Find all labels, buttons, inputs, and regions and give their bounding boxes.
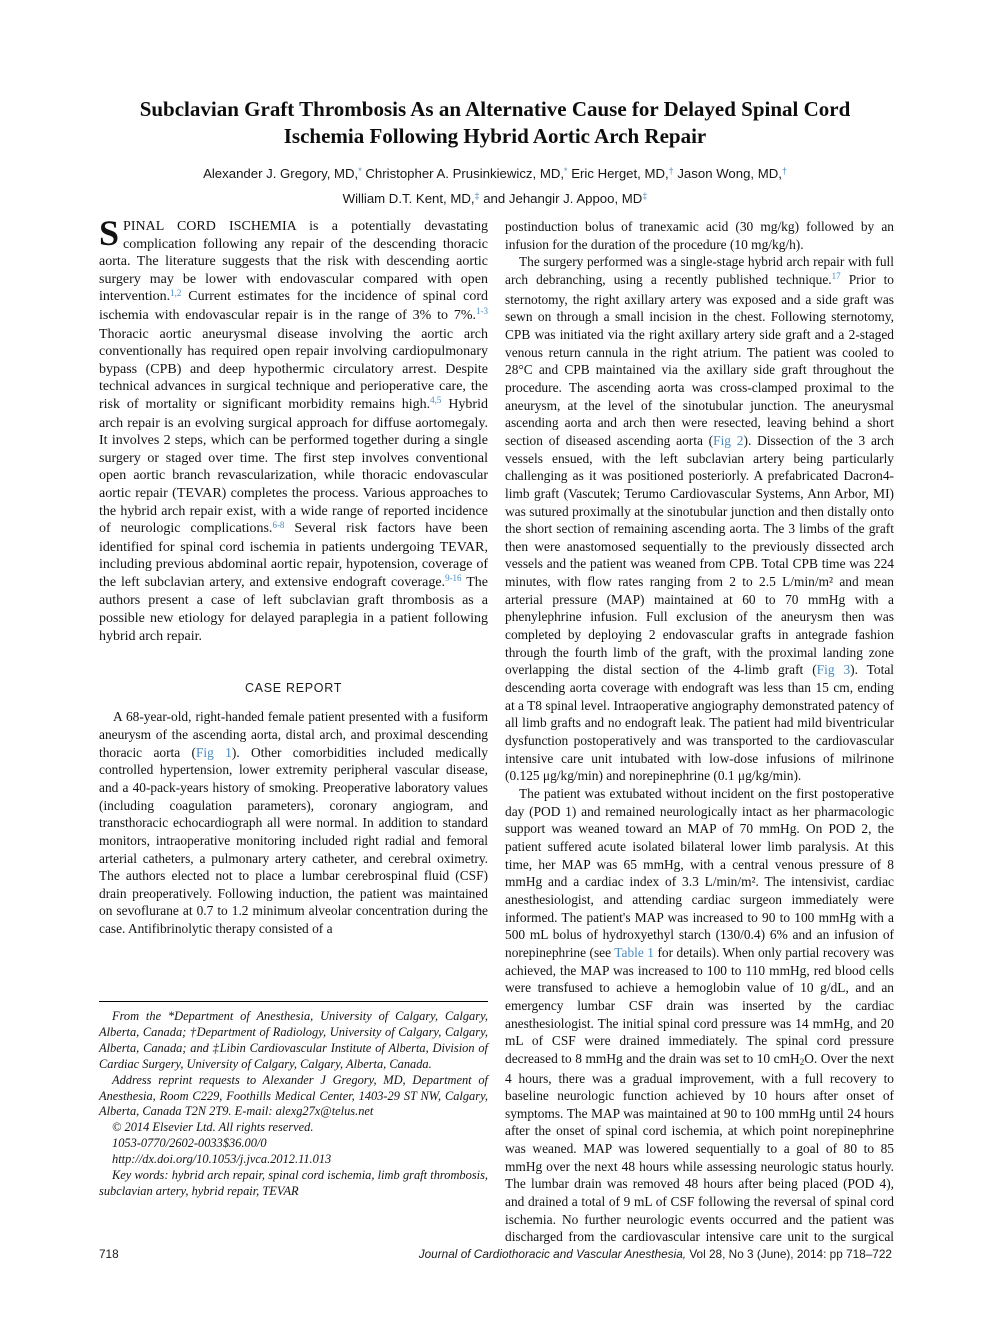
text-run: Alexander J. Gregory, MD, — [203, 166, 358, 181]
case-report-paragraph: A 68-year-old, right-handed female patie… — [99, 708, 488, 938]
text-run: Jason Wong, MD, — [674, 166, 782, 181]
article-header: Subclavian Graft Thrombosis As an Altern… — [95, 96, 895, 212]
text-run: for details). When only partial recovery… — [505, 945, 894, 1066]
drop-cap: S — [99, 218, 123, 248]
text-run: Vol 28, No 3 (June), 2014: pp 718–722 — [686, 1247, 892, 1261]
intro-text: PINAL CORD ISCHEMIA is a potentially dev… — [99, 219, 488, 644]
text-run: Journal of Cardiothoracic and Vascular A… — [419, 1247, 686, 1261]
footnote-reprint-address: Address reprint requests to Alexander J … — [99, 1073, 488, 1121]
cross-reference-link[interactable]: Fig 2 — [713, 433, 743, 448]
text-run: William D.T. Kent, MD, — [343, 191, 475, 206]
text-run: 2 — [800, 1057, 805, 1067]
case-paragraph-continued: postinduction bolus of tranexamic acid (… — [505, 218, 894, 253]
text-run: ). Other comorbidities included medicall… — [99, 745, 488, 937]
citation-superscript-link[interactable]: † — [782, 166, 787, 176]
text-run: The patient was extubated without incide… — [505, 786, 894, 960]
intro-paragraph: SPINAL CORD ISCHEMIA is a potentially de… — [99, 218, 488, 645]
footnote-keywords: Key words: hybrid arch repair, spinal co… — [99, 1168, 488, 1200]
footnote-affiliations: From the *Department of Anesthesia, Univ… — [99, 1009, 488, 1073]
cross-reference-link[interactable]: Fig 3 — [817, 662, 851, 677]
citation-superscript-link[interactable]: * — [564, 166, 568, 176]
text-run: postinduction bolus of tranexamic acid (… — [505, 219, 894, 252]
footnote-copyright: © 2014 Elsevier Ltd. All rights reserved… — [99, 1120, 488, 1136]
postop-paragraph: The patient was extubated without incide… — [505, 785, 894, 1244]
text-run: Christopher A. Prusinkiewicz, MD, — [362, 166, 564, 181]
citation-superscript-link[interactable]: 1-3 — [476, 306, 488, 316]
citation-superscript-link[interactable]: 1,2 — [170, 288, 181, 298]
citation-superscript-link[interactable]: 9-16 — [445, 573, 462, 583]
citation-superscript-link[interactable]: 4,5 — [430, 395, 441, 405]
page-footer: 718 Journal of Cardiothoracic and Vascul… — [99, 1247, 892, 1261]
left-column: SPINAL CORD ISCHEMIA is a potentially de… — [99, 218, 488, 1000]
author-line-2: William D.T. Kent, MD,‡ and Jehangir J. … — [95, 187, 895, 212]
citation-superscript-link[interactable]: ‡ — [475, 191, 480, 201]
footnote-issn: 1053-0770/2602-0033$36.00/0 — [99, 1136, 488, 1152]
article-title: Subclavian Graft Thrombosis As an Altern… — [95, 96, 895, 150]
journal-citation: Journal of Cardiothoracic and Vascular A… — [419, 1247, 892, 1261]
text-run: Hybrid arch repair is an evolving surgic… — [99, 397, 488, 536]
citation-superscript-link[interactable]: 17 — [832, 271, 841, 281]
footnote-block: From the *Department of Anesthesia, Univ… — [99, 1001, 488, 1200]
citation-superscript-link[interactable]: * — [358, 166, 362, 176]
right-column: postinduction bolus of tranexamic acid (… — [505, 218, 894, 1244]
title-line-1: Subclavian Graft Thrombosis As an Altern… — [95, 96, 895, 123]
cross-reference-link[interactable]: Table 1 — [614, 945, 654, 960]
citation-superscript-link[interactable]: † — [669, 166, 674, 176]
case-report-heading: CASE REPORT — [99, 681, 488, 695]
cross-reference-link[interactable]: Fig 1 — [196, 745, 232, 760]
text-run: ). Total descending aorta coverage with … — [505, 662, 894, 783]
surgery-paragraph: The surgery performed was a single-stage… — [505, 253, 894, 785]
footnote-doi: http://dx.doi.org/10.1053/j.jvca.2012.11… — [99, 1152, 488, 1168]
text-run: ). Dissection of the 3 arch vessels ensu… — [505, 433, 894, 678]
text-run: and Jehangir J. Appoo, MD — [480, 191, 643, 206]
text-run: Prior to sternotomy, the right axillary … — [505, 272, 894, 448]
citation-superscript-link[interactable]: 6-8 — [272, 520, 284, 530]
citation-superscript-link[interactable]: ‡ — [642, 191, 647, 201]
title-line-2: Ischemia Following Hybrid Aortic Arch Re… — [95, 123, 895, 150]
page-number: 718 — [99, 1247, 119, 1261]
text-run: Eric Herget, MD, — [568, 166, 669, 181]
author-list: Alexander J. Gregory, MD,* Christopher A… — [95, 162, 895, 212]
author-line-1: Alexander J. Gregory, MD,* Christopher A… — [95, 162, 895, 187]
text-run: O. Over the next 4 hours, there was a gr… — [505, 1051, 894, 1244]
